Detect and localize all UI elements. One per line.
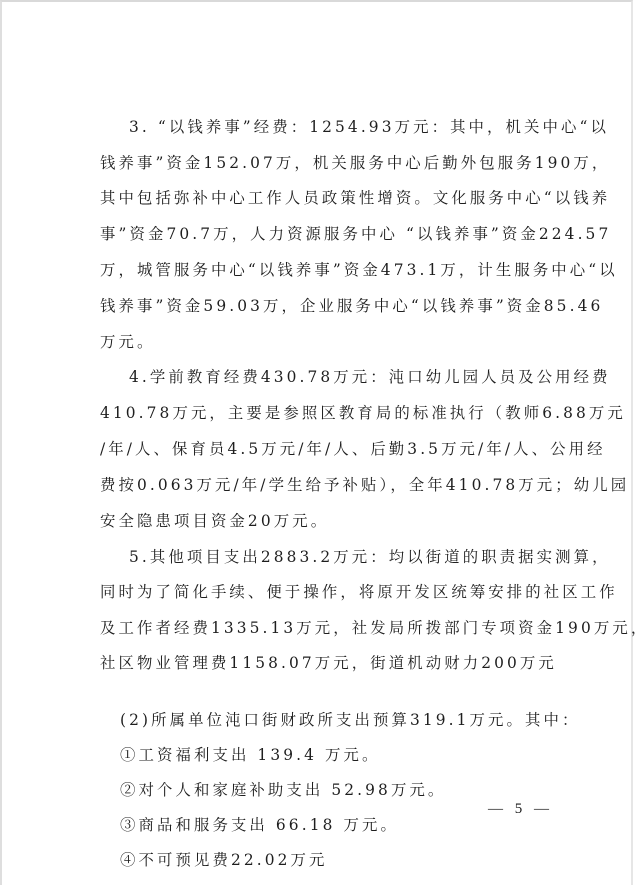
section3-line-2: 钱养事”资金152.07万，机关服务中心后勤外包服务190万，	[100, 153, 560, 173]
page-number: — 5 —	[488, 801, 553, 818]
section5-line-1: 5.其他项目支出2883.2万元：均以街道的职责据实测算，	[129, 547, 569, 567]
section3-line-1: 3. “以钱养事”经费：1254.93万元：其中，机关中心“以	[129, 117, 569, 137]
subunit-item-4: ④不可预见费22.02万元	[120, 850, 580, 870]
section3-line-4: 事”资金70.7万，人力资源服务中心 “以钱养事”资金224.57	[100, 224, 560, 244]
section3-line-7: 万元。	[100, 332, 560, 352]
section3-line-6: 钱养事”资金59.03万，企业服务中心“以钱养事”资金85.46	[100, 296, 560, 316]
section5-line-4: 社区物业管理费1158.07万元，街道机动财力200万元	[100, 653, 560, 673]
subunit-item-2: ②对个人和家庭补助支出 52.98万元。	[120, 780, 580, 800]
section3-line-5: 万，城管服务中心“以钱养事”资金473.1万，计生服务中心“以	[100, 260, 560, 280]
subunit-item-1: ①工资福利支出 139.4 万元。	[120, 745, 580, 765]
section4-line-2: 410.78万元，主要是参照区教育局的标准执行（教师6.88万元	[100, 403, 560, 423]
section5-line-3: 及工作者经费1335.13万元，社发局所拨部门专项资金190万元，	[100, 618, 560, 638]
section4-line-4: 费按0.063万元/年/学生给予补贴），全年410.78万元；幼儿园	[100, 475, 560, 495]
subunit-heading: (2)所属单位沌口街财政所支出预算319.1万元。其中：	[120, 710, 580, 730]
document-page: 3. “以钱养事”经费：1254.93万元：其中，机关中心“以 钱养事”资金15…	[0, 0, 633, 885]
section3-line-3: 其中包括弥补中心工作人员政策性增资。文化服务中心“以钱养	[100, 188, 560, 208]
subunit-item-3: ③商品和服务支出 66.18 万元。	[120, 815, 580, 835]
section4-line-3: /年/人、保育员4.5万元/年/人、后勤3.5万元/年/人、公用经	[100, 439, 560, 459]
section4-line-1: 4.学前教育经费430.78万元：沌口幼儿园人员及公用经费	[129, 367, 569, 387]
section4-line-5: 安全隐患项目资金20万元。	[100, 511, 560, 531]
section5-line-2: 同时为了简化手续、便于操作，将原开发区统筹安排的社区工作	[100, 582, 560, 602]
